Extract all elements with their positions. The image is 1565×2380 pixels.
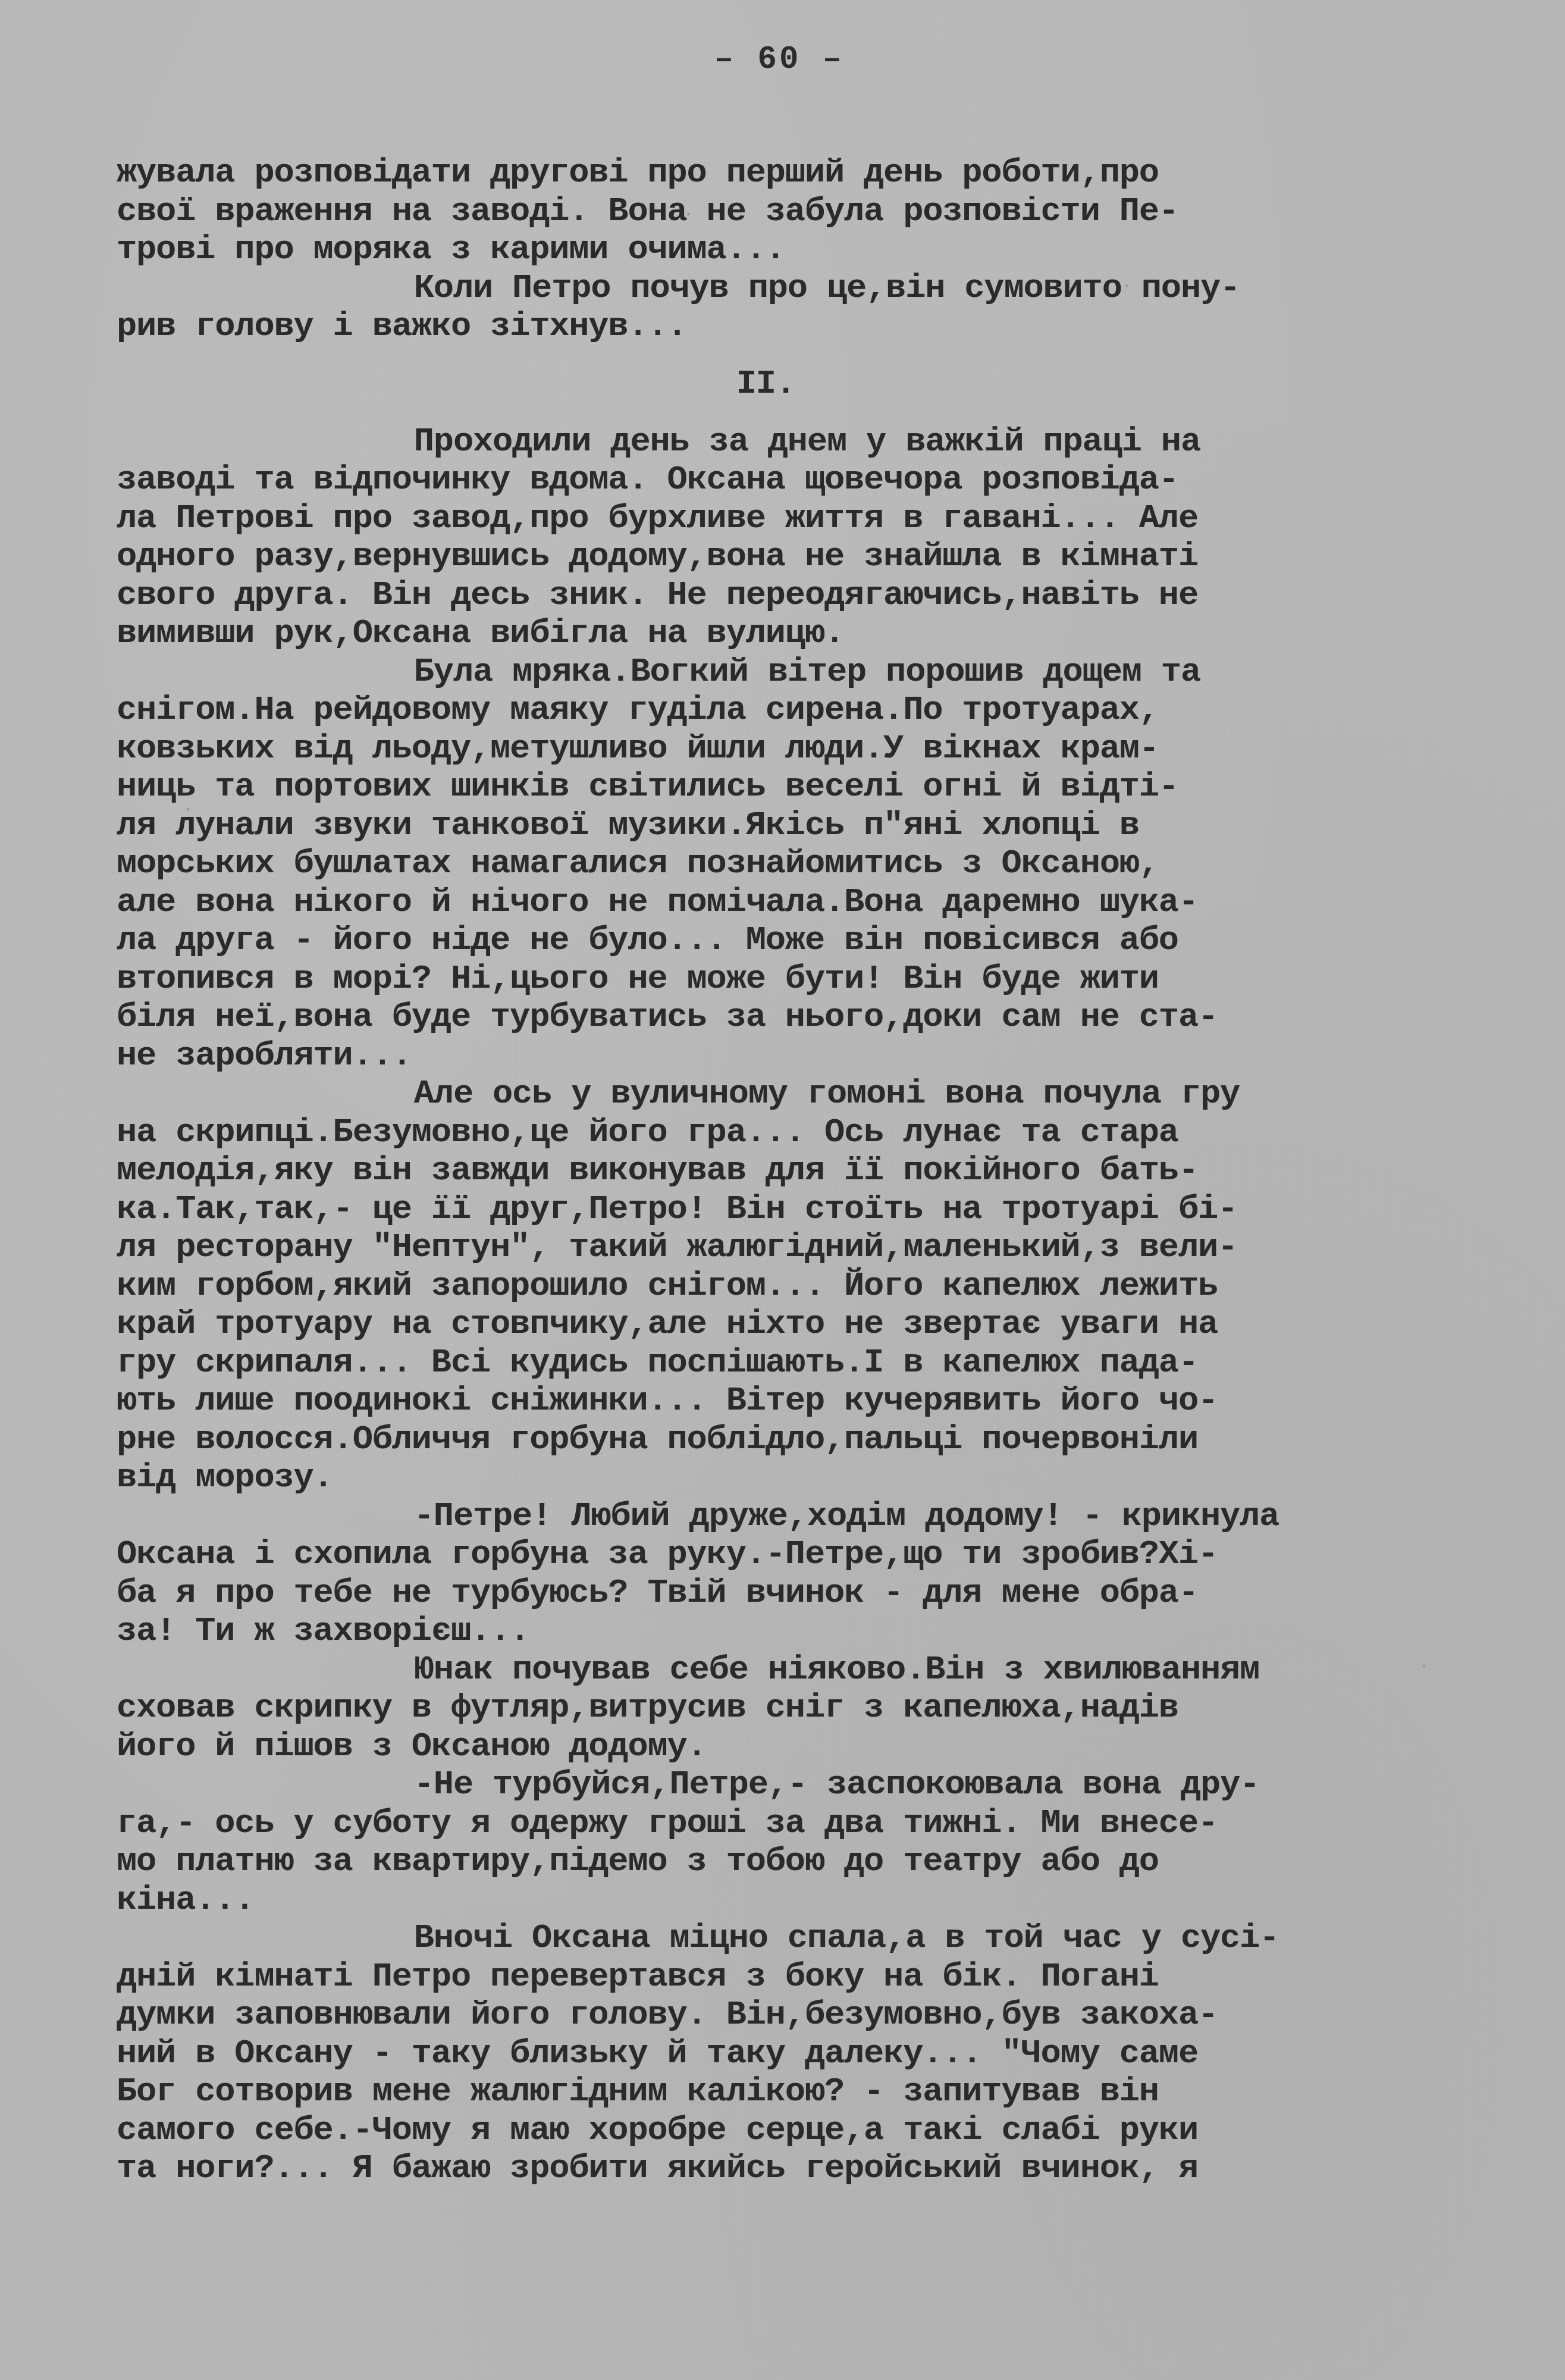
- text-line: одного разу,вернувшись додому,вона не зн…: [117, 537, 1500, 576]
- paragraph-start-line: Вночі Оксана міцно спала,а в той час у с…: [117, 1919, 1500, 1958]
- text-line: втопився в морі? Ні,цього не може бути! …: [117, 960, 1500, 998]
- text-line: ниць та портових шинків світились веселі…: [117, 768, 1500, 806]
- text-line: дній кімнаті Петро перевертався з боку н…: [117, 1958, 1500, 1996]
- text-line: рне волосся.Обличчя горбуна поблідло,пал…: [117, 1420, 1500, 1459]
- text-line: на скрипці.Безумовно,це його гра... Ось …: [117, 1113, 1500, 1152]
- text-line: снігом.На рейдовому маяку гуділа сирена.…: [117, 691, 1500, 729]
- text-line: за! Ти ж захворієш...: [117, 1612, 1500, 1651]
- paragraph-start-line: -Петре! Любий друже,ходім додому! - крик…: [117, 1497, 1500, 1536]
- text-line: вимивши рук,Оксана вибігла на вулицю.: [117, 614, 1500, 653]
- typewritten-page: – 60 – жувала розповідати другові про пе…: [0, 0, 1565, 2380]
- text-line: ля лунали звуки танкової музики.Якісь п"…: [117, 806, 1500, 845]
- text-line: та ноги?... Я бажаю зробити якийсь герой…: [117, 2149, 1500, 2188]
- text-line: гру скрипаля... Всі кудись поспішають.І …: [117, 1344, 1500, 1382]
- text-line: трові про моряка з карими очима...: [117, 230, 1500, 269]
- paragraph-start-line: Проходили день за днем у важкій праці на: [117, 422, 1500, 461]
- paragraph-start-line: Була мряка.Вогкий вітер порошив дощем та: [117, 653, 1500, 691]
- body-text: жувала розповідати другові про перший де…: [117, 154, 1500, 2188]
- text-line: не заробляти...: [117, 1036, 1500, 1075]
- page-number: – 60 –: [690, 42, 868, 78]
- text-line: ла Петрові про завод,про бурхливе життя …: [117, 499, 1500, 538]
- paragraph-start-line: -Не турбуйся,Петре,- заспокоювала вона д…: [117, 1765, 1500, 1804]
- text-line: Оксана і схопила горбуна за руку.-Петре,…: [117, 1535, 1500, 1574]
- text-line: думки заповнювали його голову. Він,безум…: [117, 1996, 1500, 2034]
- text-line: але вона нікого й нічого не помічала.Вон…: [117, 883, 1500, 922]
- text-line: га,- ось у суботу я одержу гроші за два …: [117, 1804, 1500, 1843]
- text-line: морських бушлатах намагалися познайомити…: [117, 844, 1500, 883]
- text-line: ка.Так,так,- це її друг,Петро! Він стоїт…: [117, 1190, 1500, 1229]
- text-line: ють лише поодинокі сніжинки... Вітер куч…: [117, 1382, 1500, 1420]
- text-line: свого друга. Він десь зник. Не переодяга…: [117, 576, 1500, 615]
- text-line: ний в Оксану - таку близьку й таку далек…: [117, 2034, 1500, 2073]
- text-line: самого себе.-Чому я маю хоробре серце,а …: [117, 2111, 1500, 2150]
- text-line: ля ресторану "Нептун", такий жалюгідний,…: [117, 1228, 1500, 1267]
- text-line: заводі та відпочинку вдома. Оксана щовеч…: [117, 461, 1500, 499]
- text-line: сховав скрипку в футляр,витрусив сніг з …: [117, 1689, 1500, 1727]
- text-line: від морозу.: [117, 1458, 1500, 1497]
- text-line: Бог сотворив мене жалюгідним калікою? - …: [117, 2072, 1500, 2111]
- text-line: свої враження на заводі. Вона не забула …: [117, 192, 1500, 231]
- text-line: кіна...: [117, 1881, 1500, 1919]
- text-line: мо платню за квартиру,підемо з тобою до …: [117, 1842, 1500, 1881]
- text-line: ким горбом,який запорошило снігом... Йог…: [117, 1267, 1500, 1305]
- text-line: ба я про тебе не турбуюсь? Твій вчинок -…: [117, 1574, 1500, 1612]
- text-line: мелодія,яку він завжди виконував для її …: [117, 1151, 1500, 1190]
- text-line: жувала розповідати другові про перший де…: [117, 154, 1500, 192]
- section-heading: II.: [117, 346, 1500, 422]
- paragraph-start-line: Але ось у вуличному гомоні вона почула г…: [117, 1075, 1500, 1113]
- text-line: ла друга - його ніде не було... Може він…: [117, 921, 1500, 960]
- paragraph-start-line: Коли Петро почув про це,він сумовито пон…: [117, 269, 1500, 308]
- paragraph-start-line: Юнак почував себе ніяково.Він з хвилюван…: [117, 1651, 1500, 1689]
- text-line: його й пішов з Оксаною додому.: [117, 1727, 1500, 1766]
- text-line: край тротуару на стовпчику,але ніхто не …: [117, 1305, 1500, 1344]
- text-line: ковзьких від льоду,метушливо йшли люди.У…: [117, 729, 1500, 768]
- text-line: біля неї,вона буде турбуватись за нього,…: [117, 998, 1500, 1036]
- text-line: рив голову і важко зітхнув...: [117, 307, 1500, 346]
